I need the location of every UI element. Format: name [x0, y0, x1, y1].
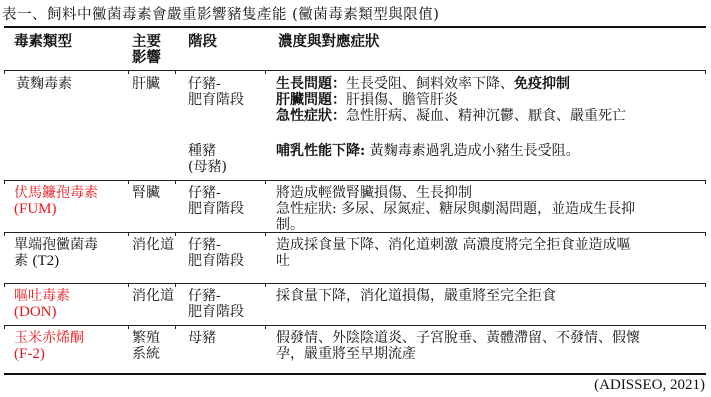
row-aflatoxin-symptoms: 生長問題：生長受阻、飼料效率下降、免疫抑制 肝臟問題：肝損傷、膽管肝炎 急性症狀…: [276, 76, 626, 124]
table-caption: 表一、飼料中黴菌毒素會嚴重影響豬隻產能 (黴菌毒素類型與限值): [2, 3, 439, 24]
table-bottom-rule: [4, 373, 706, 375]
header-stage: 階段: [188, 34, 217, 50]
row-fum-symptoms: 將造成輕微腎臟損傷、生長抑制急性症狀: 多尿、尿氮症、糖尿與劇渴問題，並造成生長…: [276, 185, 635, 233]
header-main-impact: 主要 影響: [132, 34, 161, 66]
row-f2-stage: 母豬: [188, 330, 216, 346]
row-don-toxin: 嘔吐毒素(DON): [14, 288, 70, 320]
row-aflatoxin-toxin: 黃麴毒素: [16, 76, 72, 92]
row-f2-toxin: 玉米赤烯酮(F-2): [14, 330, 84, 362]
row-rule: [4, 325, 706, 326]
row-don-symptoms: 採食量下降，消化道損傷，嚴重將至完全拒食: [276, 288, 556, 304]
row-t2-organ: 消化道: [132, 237, 174, 253]
row-t2-symptoms: 造成採食量下降、消化道刺激 高濃度將完全拒食並造成嘔吐: [276, 237, 630, 269]
source-citation: (ADISSEO, 2021): [594, 377, 705, 394]
row-f2-symptoms: 假發情、外陰陰道炎、子宮脫垂、黃體滯留、不發情、假懷孕，嚴重將至早期流產: [276, 330, 640, 362]
row-t2-stage: 仔豬- 肥育階段: [188, 237, 244, 269]
row-aflatoxin-stage-sow: 種豬 (母豬): [188, 143, 227, 175]
header-symptoms: 濃度與對應症狀: [278, 34, 380, 50]
row-don-organ: 消化道: [132, 288, 174, 304]
row-aflatoxin-lactation: 哺乳性能下降: 黃麴毒素過乳造成小豬生長受阻。: [276, 143, 580, 159]
row-fum-organ: 腎臟: [132, 185, 160, 201]
row-aflatoxin-organ: 肝臟: [132, 76, 160, 92]
row-f2-organ: 繁殖 系統: [132, 330, 160, 362]
row-fum-stage: 仔豬- 肥育階段: [188, 185, 244, 217]
row-rule: [4, 180, 706, 181]
row-rule: [4, 283, 706, 284]
row-fum-toxin: 伏馬鐮孢毒素(FUM): [14, 185, 98, 217]
table-top-rule: [4, 26, 706, 28]
row-t2-toxin: 單端孢黴菌毒素 (T2): [14, 237, 98, 269]
row-don-stage: 仔豬- 肥育階段: [188, 288, 244, 320]
header-toxin-type: 毒素類型: [14, 34, 72, 50]
row-rule: [4, 70, 706, 71]
row-aflatoxin-stage: 仔豬- 肥育階段: [188, 76, 244, 108]
